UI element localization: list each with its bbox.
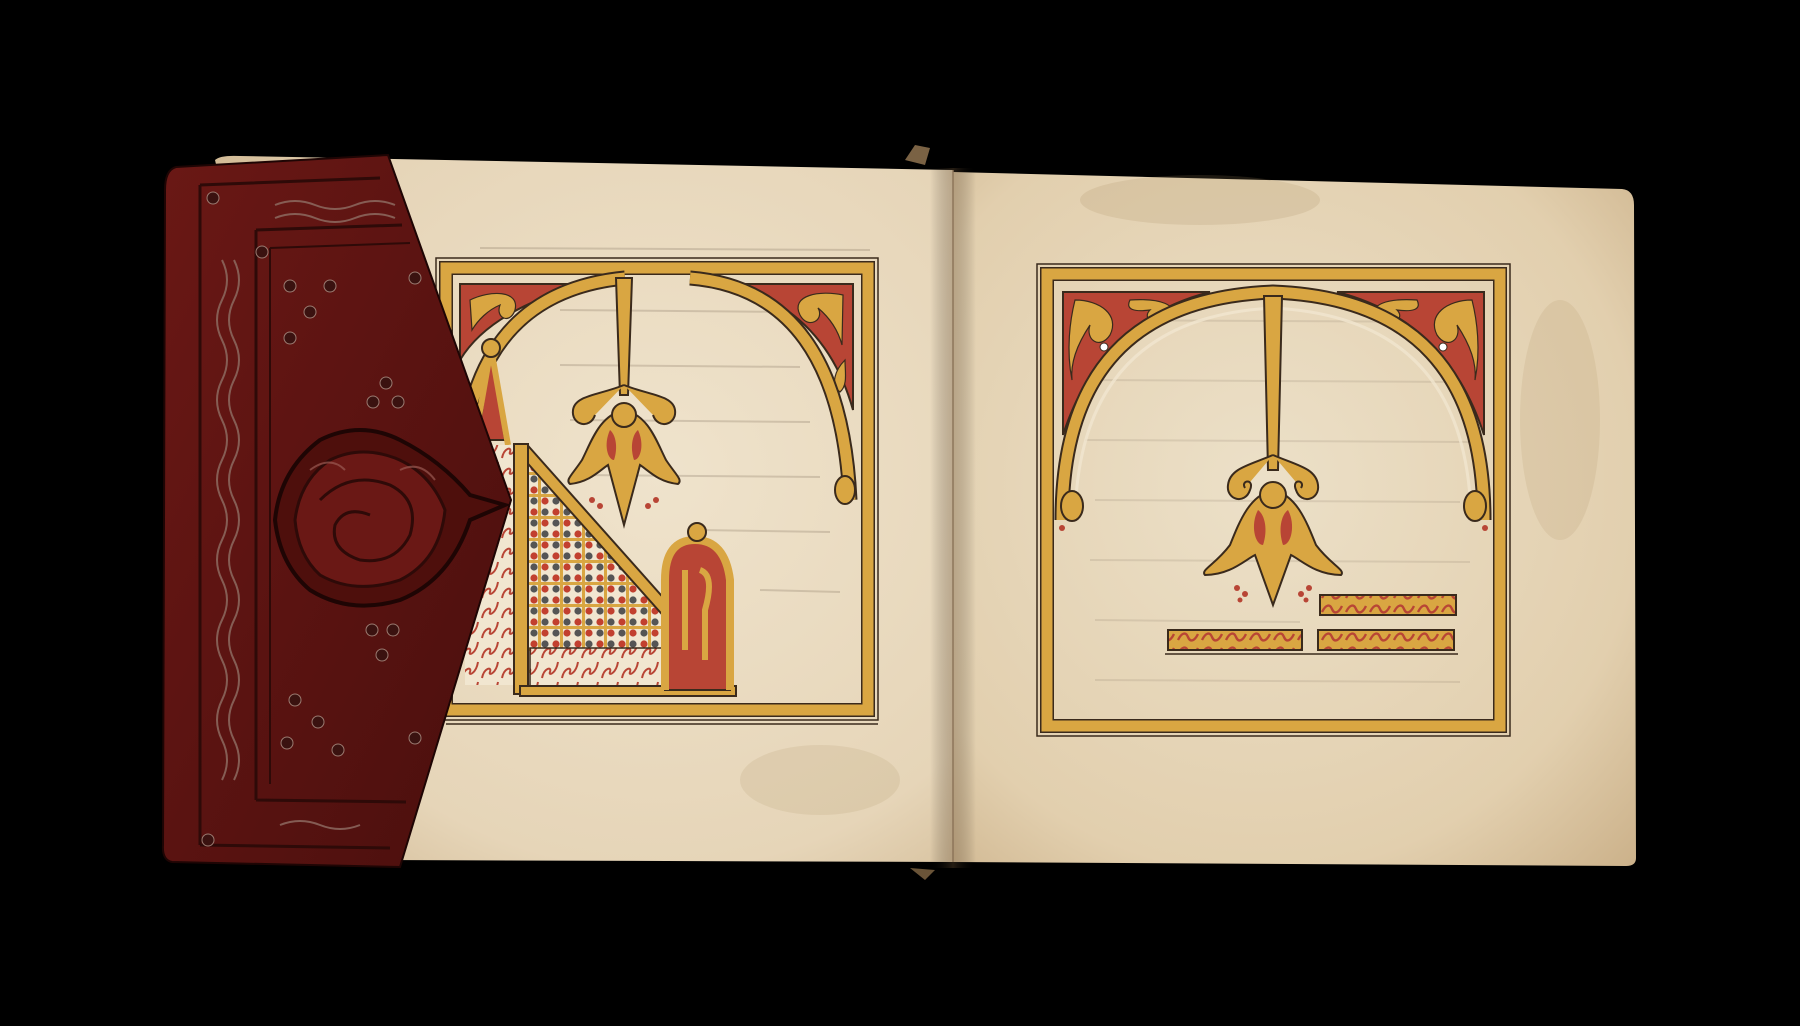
binding-thread-bottom [910,868,935,880]
binding-thread-top [905,145,930,165]
panel-bottom-right [1318,630,1454,650]
photo-stage [0,0,1800,1026]
panel-top [1320,595,1456,615]
mihrab-niche [665,523,730,690]
panel-bottom-left [1168,630,1302,650]
right-page [953,172,1636,866]
manuscript-photo [0,0,1800,1026]
